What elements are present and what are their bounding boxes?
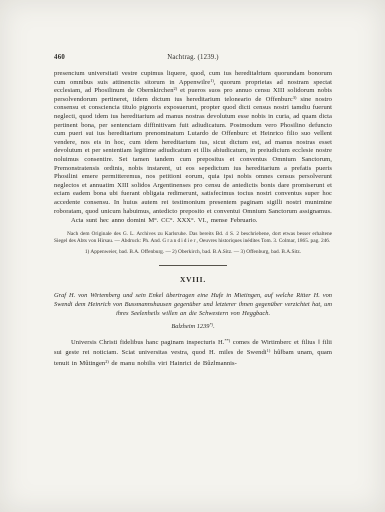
charter18-body-seg4: de manu nobilis viri Hainrici de Bûz‖man…	[109, 360, 237, 367]
charter-dateline: Balzheim 1239*).	[54, 323, 332, 330]
charter18-body-seg1: Universis Christi fidelibus hanc paginam…	[71, 339, 224, 346]
charter-body-paragraph: presencium universitati vestre cupimus l…	[54, 70, 332, 216]
source-note: Nach dem Originale des G. L. Archives zu…	[54, 231, 332, 246]
acta-dating-line: Acta sunt hec anno domini M°. CC°. XXX°.…	[54, 217, 332, 226]
source-note-author-name: Grandidier	[162, 238, 196, 244]
scanned-book-page: { "page": { "number": "460", "running_he…	[0, 0, 385, 512]
dateline-place-year: Balzheim 1239	[171, 323, 209, 330]
section-divider-rule	[159, 265, 227, 266]
source-note-part2: , Oeuvres historiques inédites Tom. 3. C…	[197, 238, 331, 244]
running-header-title: Nachtrag. (1239.)	[54, 54, 332, 61]
charter18-body-paragraph: Universis Christi fidelibus hanc paginam…	[54, 338, 332, 370]
footnotes-line: 1) Appenweier, bad. B.A. Offenburg. — 2)…	[54, 249, 332, 256]
charter-regest: Graf H. von Wirtemberg und sein Enkel üb…	[54, 291, 332, 319]
running-header: 460 Nachtrag. (1239.)	[54, 54, 332, 64]
page-content: 460 Nachtrag. (1239.) presencium univers…	[54, 54, 332, 369]
charter-number-heading: XVIII.	[54, 275, 332, 284]
charter-body-seg4: sine nostro consensu et consciencia titu…	[54, 96, 332, 215]
dateline-period: .	[213, 323, 215, 330]
